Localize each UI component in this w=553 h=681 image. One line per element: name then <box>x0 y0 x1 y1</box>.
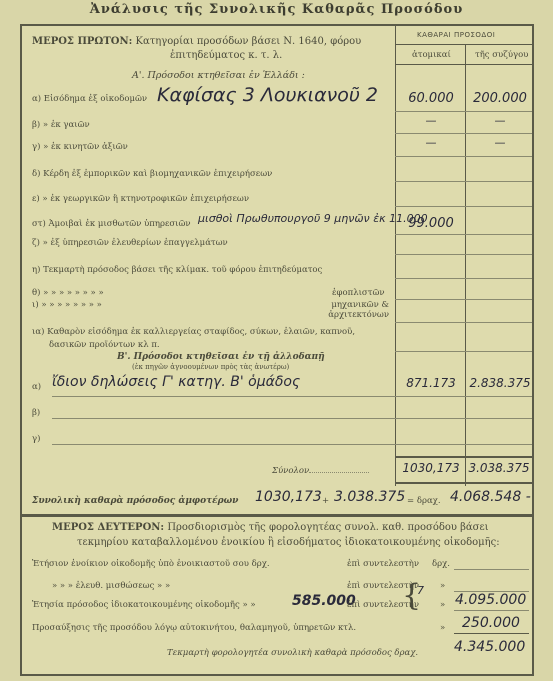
row-label: Ἐτησία πρόσοδος ἰδιοκατοικουμένης οἰκοδο… <box>32 600 256 610</box>
individual-value: 99.000 <box>400 216 462 231</box>
part-divider <box>22 514 532 517</box>
row-label: θ) » » » » » » » » <box>32 288 104 298</box>
page-title: Ἀνάλυσις τῆς Συνολικῆς Καθαρᾶς Προσόδου <box>0 2 553 17</box>
combined-total: 4.068.548 - <box>450 489 531 505</box>
spouse-value: 2.838.375 <box>467 376 533 390</box>
handwritten-foreign-note: ἴδιον δηλώσεις Γ' κατηγ. Β' ὁμάδος <box>52 374 300 390</box>
increase-value: 250.000 <box>462 615 520 631</box>
row-label: » » » ἐλευθ. μισθώσεως » » <box>52 581 170 591</box>
row-label: β) » ἐκ γαιῶν <box>32 120 90 130</box>
row-rule <box>395 206 532 207</box>
total-label-text: Σύνολον <box>272 466 309 476</box>
part-one-text: Κατηγορίαι προσόδων βάσει Ν. 1640, φόρου <box>136 36 362 47</box>
row-rule <box>395 254 532 255</box>
row-label: γ) <box>32 434 40 444</box>
combined-individual: 1030,173 <box>255 489 322 505</box>
row-label: ια) Καθαρὸν εἰσόδημα ἐκ καλλιεργείας στα… <box>32 327 355 337</box>
handwritten-salary-note: μισθοὶ Πρωθυπουργοῦ 9 μηνῶν ἐκ 11.000 <box>198 212 428 225</box>
row-label: Ἐτήσιον ἐνοίκιον οἰκοδομῆς ὑπὸ ἐνοικιαστ… <box>32 559 270 569</box>
row-unit: » <box>440 581 445 591</box>
row-rule <box>395 234 532 235</box>
total-rule <box>395 456 532 458</box>
final-label: Τεκμαρτὴ φορολογητέα συνολικὴ καθαρὰ πρό… <box>167 648 418 658</box>
row-rule <box>52 444 532 445</box>
value-rule <box>454 610 529 611</box>
handwritten-factor: 7 <box>417 584 424 597</box>
row-rule <box>395 156 532 157</box>
final-value: 4.345.000 <box>454 639 525 655</box>
plus-sign: + <box>322 496 329 506</box>
row-rule <box>395 351 532 352</box>
row-rule <box>395 278 532 279</box>
row-rule <box>395 322 532 323</box>
section-a-title: Α'. Πρόσοδοι κτηθεῖσαι ἐν Ἑλλάδι : <box>132 70 305 81</box>
columns-header: ΚΑΘΑΡΑΙ ΠΡΟΣΟΔΟΙ <box>417 31 495 39</box>
rent-income-value: 4.095.000 <box>455 592 526 608</box>
row-rule <box>52 418 532 419</box>
row-rule <box>52 396 532 397</box>
individual-value: 60.000 <box>400 91 462 106</box>
part-one-label: ΜΕΡΟΣ ΠΡΩΤΟΝ: <box>32 36 132 47</box>
individual-value: — <box>400 114 462 127</box>
individual-value: — <box>400 136 462 149</box>
individual-value: 871.173 <box>398 376 464 390</box>
row-label: δ) Κέρδη ἐξ ἐμπορικῶν καὶ βιομηχανικῶν ἐ… <box>32 169 272 179</box>
col-spouse-header: τῆς συζύγου <box>475 50 528 60</box>
part-one-text2: ἐπιτηδεύματος κ. τ. λ. <box>170 50 282 61</box>
row-label: η) Τεκμαρτὴ πρόσοδος βάσει τῆς κλίμακ. τ… <box>32 265 322 275</box>
header-rule <box>395 64 532 65</box>
combined-spouse: 3.038.375 <box>334 489 405 505</box>
row-rule <box>395 181 532 182</box>
row-label: ζ) » ἐξ ὑπηρεσιῶν ἐλευθερίων ἐπαγγελμάτω… <box>32 238 228 248</box>
row-label: γ) » ἐκ κινητῶν ἀξιῶν <box>32 142 128 152</box>
value-rule <box>454 569 529 570</box>
part-two-text: Προσδιορισμὸς τῆς φορολογητέας συνολ. κα… <box>167 522 488 533</box>
header-rule <box>395 44 532 45</box>
row-suffix: μηχανικῶν & ἀρχιτεκτόνων <box>327 300 389 320</box>
section-b-subtitle: (ἐκ πηγῶν ἀγνοουμένων πρὸς τὰς ἀνωτέρω) <box>132 363 289 371</box>
form-frame: ΜΕΡΟΣ ΠΡΩΤΟΝ: Κατηγορίαι προσόδων βάσει … <box>20 24 534 676</box>
row-label: ι) » » » » » » » » <box>32 300 102 310</box>
equals-drachmas: = δραχ. <box>407 496 441 506</box>
value-rule <box>454 633 529 634</box>
row-suffix: ἐφοπλιστῶν <box>332 288 385 298</box>
row-label: στ) Ἀμοιβαὶ ἐκ μισθωτῶν ὑπηρεσιῶν <box>32 219 191 229</box>
spouse-value: 200.000 <box>469 91 531 106</box>
row-rule <box>395 133 532 134</box>
column-divider <box>395 26 396 486</box>
spouse-value: — <box>469 136 531 149</box>
row-label-continued: δασικῶν προϊόντων κλ π. <box>49 340 160 350</box>
col-individual-header: ἀτομικαί <box>412 50 451 60</box>
spouse-value: — <box>469 114 531 127</box>
row-rule <box>395 111 532 112</box>
total-individual: 1030,173 <box>397 461 465 475</box>
row-mid: ἐπὶ συντελεστὴν <box>347 559 419 569</box>
row-label: α) Εἰσόδημα ἐξ οἰκοδομῶν <box>32 94 147 104</box>
row-label: Προσαύξησις τῆς προσόδου λόγῳ αὐτοκινήτο… <box>32 623 356 633</box>
row-unit: δρχ. <box>432 559 450 569</box>
part-two-label: ΜΕΡΟΣ ΔΕΥΤΕΡΟΝ: <box>52 522 164 533</box>
row-rule <box>395 299 532 300</box>
combined-label: Συνολικὴ καθαρὰ πρόσοδος ἀμφοτέρων <box>32 496 238 506</box>
part-two-heading: ΜΕΡΟΣ ΔΕΥΤΕΡΟΝ: Προσδιορισμὸς τῆς φορολο… <box>52 522 489 533</box>
handwritten-address: Καφίσας 3 Λουκιανοῦ 2 <box>157 84 378 106</box>
section-b-title: Β'. Πρόσοδοι κτηθεῖσαι ἐν τῇ ἀλλοδαπῇ <box>117 352 325 362</box>
total-spouse: 3.038.375 <box>466 461 532 475</box>
row-label: β) <box>32 408 40 418</box>
total-label: Σύνολον <box>272 466 369 476</box>
total-rule <box>395 482 532 484</box>
row-label: α) <box>32 382 41 392</box>
part-one-heading: ΜΕΡΟΣ ΠΡΩΤΟΝ: Κατηγορίαι προσόδων βάσει … <box>32 36 361 47</box>
row-unit: » <box>440 623 445 633</box>
row-unit: » <box>440 600 445 610</box>
part-two-text2: τεκμηρίου καταβαλλομένου ἐνοικίου ἢ εἰσο… <box>77 537 500 548</box>
row-label: ε) » ἐκ γεωργικῶν ἢ κτηνοτροφικῶν ἐπιχει… <box>32 194 249 204</box>
